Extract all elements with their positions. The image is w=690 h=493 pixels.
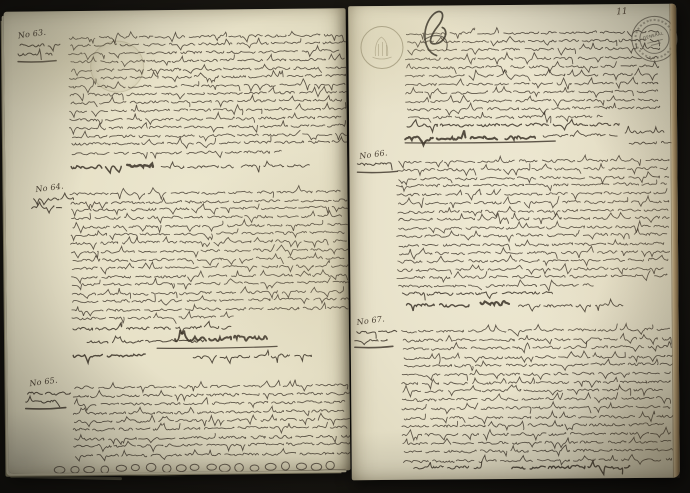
right-page: 11 GENERAL No 66. No 67. [348,4,680,481]
left-page-handwriting [4,8,351,474]
right-page-handwriting [348,4,680,481]
photo-background: No 63. No 64. No 65. 11 [0,0,690,493]
page-stack-edge [10,475,122,480]
left-page: No 63. No 64. No 65. [4,8,351,474]
page-number: 11 [616,7,628,18]
